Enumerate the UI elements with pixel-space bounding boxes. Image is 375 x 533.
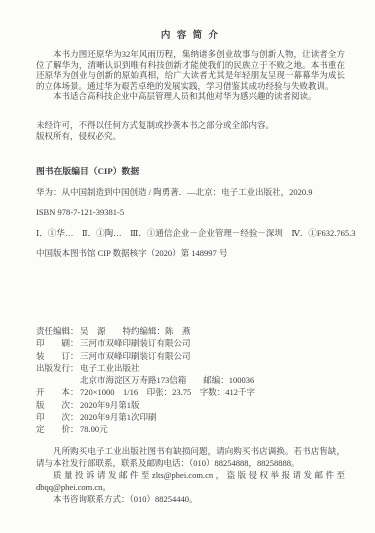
colophon-label: 责任编辑： bbox=[36, 325, 80, 337]
content-intro-title: 内 容 简 介 bbox=[36, 27, 345, 41]
colophon-value: 78.00元 bbox=[80, 423, 345, 435]
service-notes-section: 凡所购买电子工业出版社图书有缺损问题，请向购买书店调换。若书店售缺，请与本社发行… bbox=[36, 445, 345, 506]
colophon-row-publisher: 出版发行： 电子工业出版社 bbox=[36, 362, 345, 374]
colophon-value: 720×1000 1/16 印张：23.75 字数：412千字 bbox=[80, 386, 345, 398]
cip-data-section: 图书在版编目（CIP）数据 华为：从中国制造到中国创造 / 陶勇著．—北京：电子… bbox=[36, 166, 345, 259]
colophon-label: 出版发行： bbox=[36, 362, 80, 374]
copyright-notice-line-2: 版权所有，侵权必究。 bbox=[36, 131, 345, 143]
copyright-notice-line-1: 未经许可，不得以任何方式复制或抄袭本书之部分或全部内容。 bbox=[36, 120, 345, 132]
colophon-row-price: 定 价： 78.00元 bbox=[36, 423, 345, 435]
cip-classification-line: Ⅰ．①华… Ⅱ．①陶… Ⅲ．①通信企业－企业管理－经验－深圳 Ⅳ．①F632.7… bbox=[36, 228, 345, 239]
colophon-row-printer: 印 刷： 三河市双峰印刷装订有限公司 bbox=[36, 337, 345, 349]
colophon-value: 三河市双峰印刷装订有限公司 bbox=[80, 350, 345, 362]
cip-record-number: 中国版本图书馆 CIP 数据核字（2020）第 148997 号 bbox=[36, 248, 345, 259]
consultation-contact-note: 本书咨询联系方式：（010）88254440。 bbox=[36, 493, 345, 505]
cip-book-title-line: 华为：从中国制造到中国创造 / 陶勇著．—北京：电子工业出版社，2020.9 bbox=[36, 187, 345, 198]
cip-isbn: ISBN 978-7-121-39381-5 bbox=[36, 207, 345, 218]
colophon-label bbox=[36, 374, 80, 386]
colophon-value: 吴 源 特约编辑：陈 燕 bbox=[80, 325, 345, 337]
colophon-label: 印 刷： bbox=[36, 337, 80, 349]
colophon-label: 开 本： bbox=[36, 386, 80, 398]
colophon-section: 责任编辑： 吴 源 特约编辑：陈 燕 印 刷： 三河市双峰印刷装订有限公司 装 … bbox=[36, 325, 345, 436]
colophon-row-format: 开 本： 720×1000 1/16 印张：23.75 字数：412千字 bbox=[36, 386, 345, 398]
colophon-row-publisher-address: 北京市海淀区万寿路173信箱 邮编：100036 bbox=[36, 374, 345, 386]
colophon-value: 三河市双峰印刷装订有限公司 bbox=[80, 337, 345, 349]
complaint-email-note: 质量投诉请发邮件至zlts@phei.com.cn，盗版侵权举报请发邮件至dbq… bbox=[36, 469, 345, 493]
colophon-label: 装 订： bbox=[36, 350, 80, 362]
cip-heading: 图书在版编目（CIP）数据 bbox=[36, 166, 345, 177]
colophon-label: 版 次： bbox=[36, 399, 80, 411]
content-intro-paragraph-2: 本书适合高科技企业中高层管理人员和其他对华为感兴趣的读者阅读。 bbox=[36, 91, 345, 102]
colophon-value: 北京市海淀区万寿路173信箱 邮编：100036 bbox=[80, 374, 345, 386]
copyright-notice-section: 未经许可，不得以任何方式复制或抄袭本书之部分或全部内容。 版权所有，侵权必究。 bbox=[36, 120, 345, 143]
colophon-row-binder: 装 订： 三河市双峰印刷装订有限公司 bbox=[36, 350, 345, 362]
colophon-row-impression: 印 次： 2020年9月第1次印刷 bbox=[36, 411, 345, 423]
colophon-label: 定 价： bbox=[36, 423, 80, 435]
content-intro-section: 内 容 简 介 本书力图还原华为32年风雨历程，集纳诸多创业故事与创新人物，让读… bbox=[36, 27, 345, 102]
colophon-label: 印 次： bbox=[36, 411, 80, 423]
colophon-row-edition: 版 次： 2020年9月第1版 bbox=[36, 399, 345, 411]
book-copyright-page: 内 容 简 介 本书力图还原华为32年风雨历程，集纳诸多创业故事与创新人物，让读… bbox=[0, 0, 375, 533]
colophon-row-editors: 责任编辑： 吴 源 特约编辑：陈 燕 bbox=[36, 325, 345, 337]
content-intro-paragraph-1: 本书力图还原华为32年风雨历程，集纳诸多创业故事与创新人物，让读者全方位了解华为… bbox=[36, 49, 345, 91]
colophon-value: 电子工业出版社 bbox=[80, 362, 345, 374]
colophon-value: 2020年9月第1版 bbox=[80, 399, 345, 411]
exchange-and-hotline-note: 凡所购买电子工业出版社图书有缺损问题，请向购买书店调换。若书店售缺，请与本社发行… bbox=[36, 445, 345, 469]
colophon-value: 2020年9月第1次印刷 bbox=[80, 411, 345, 423]
